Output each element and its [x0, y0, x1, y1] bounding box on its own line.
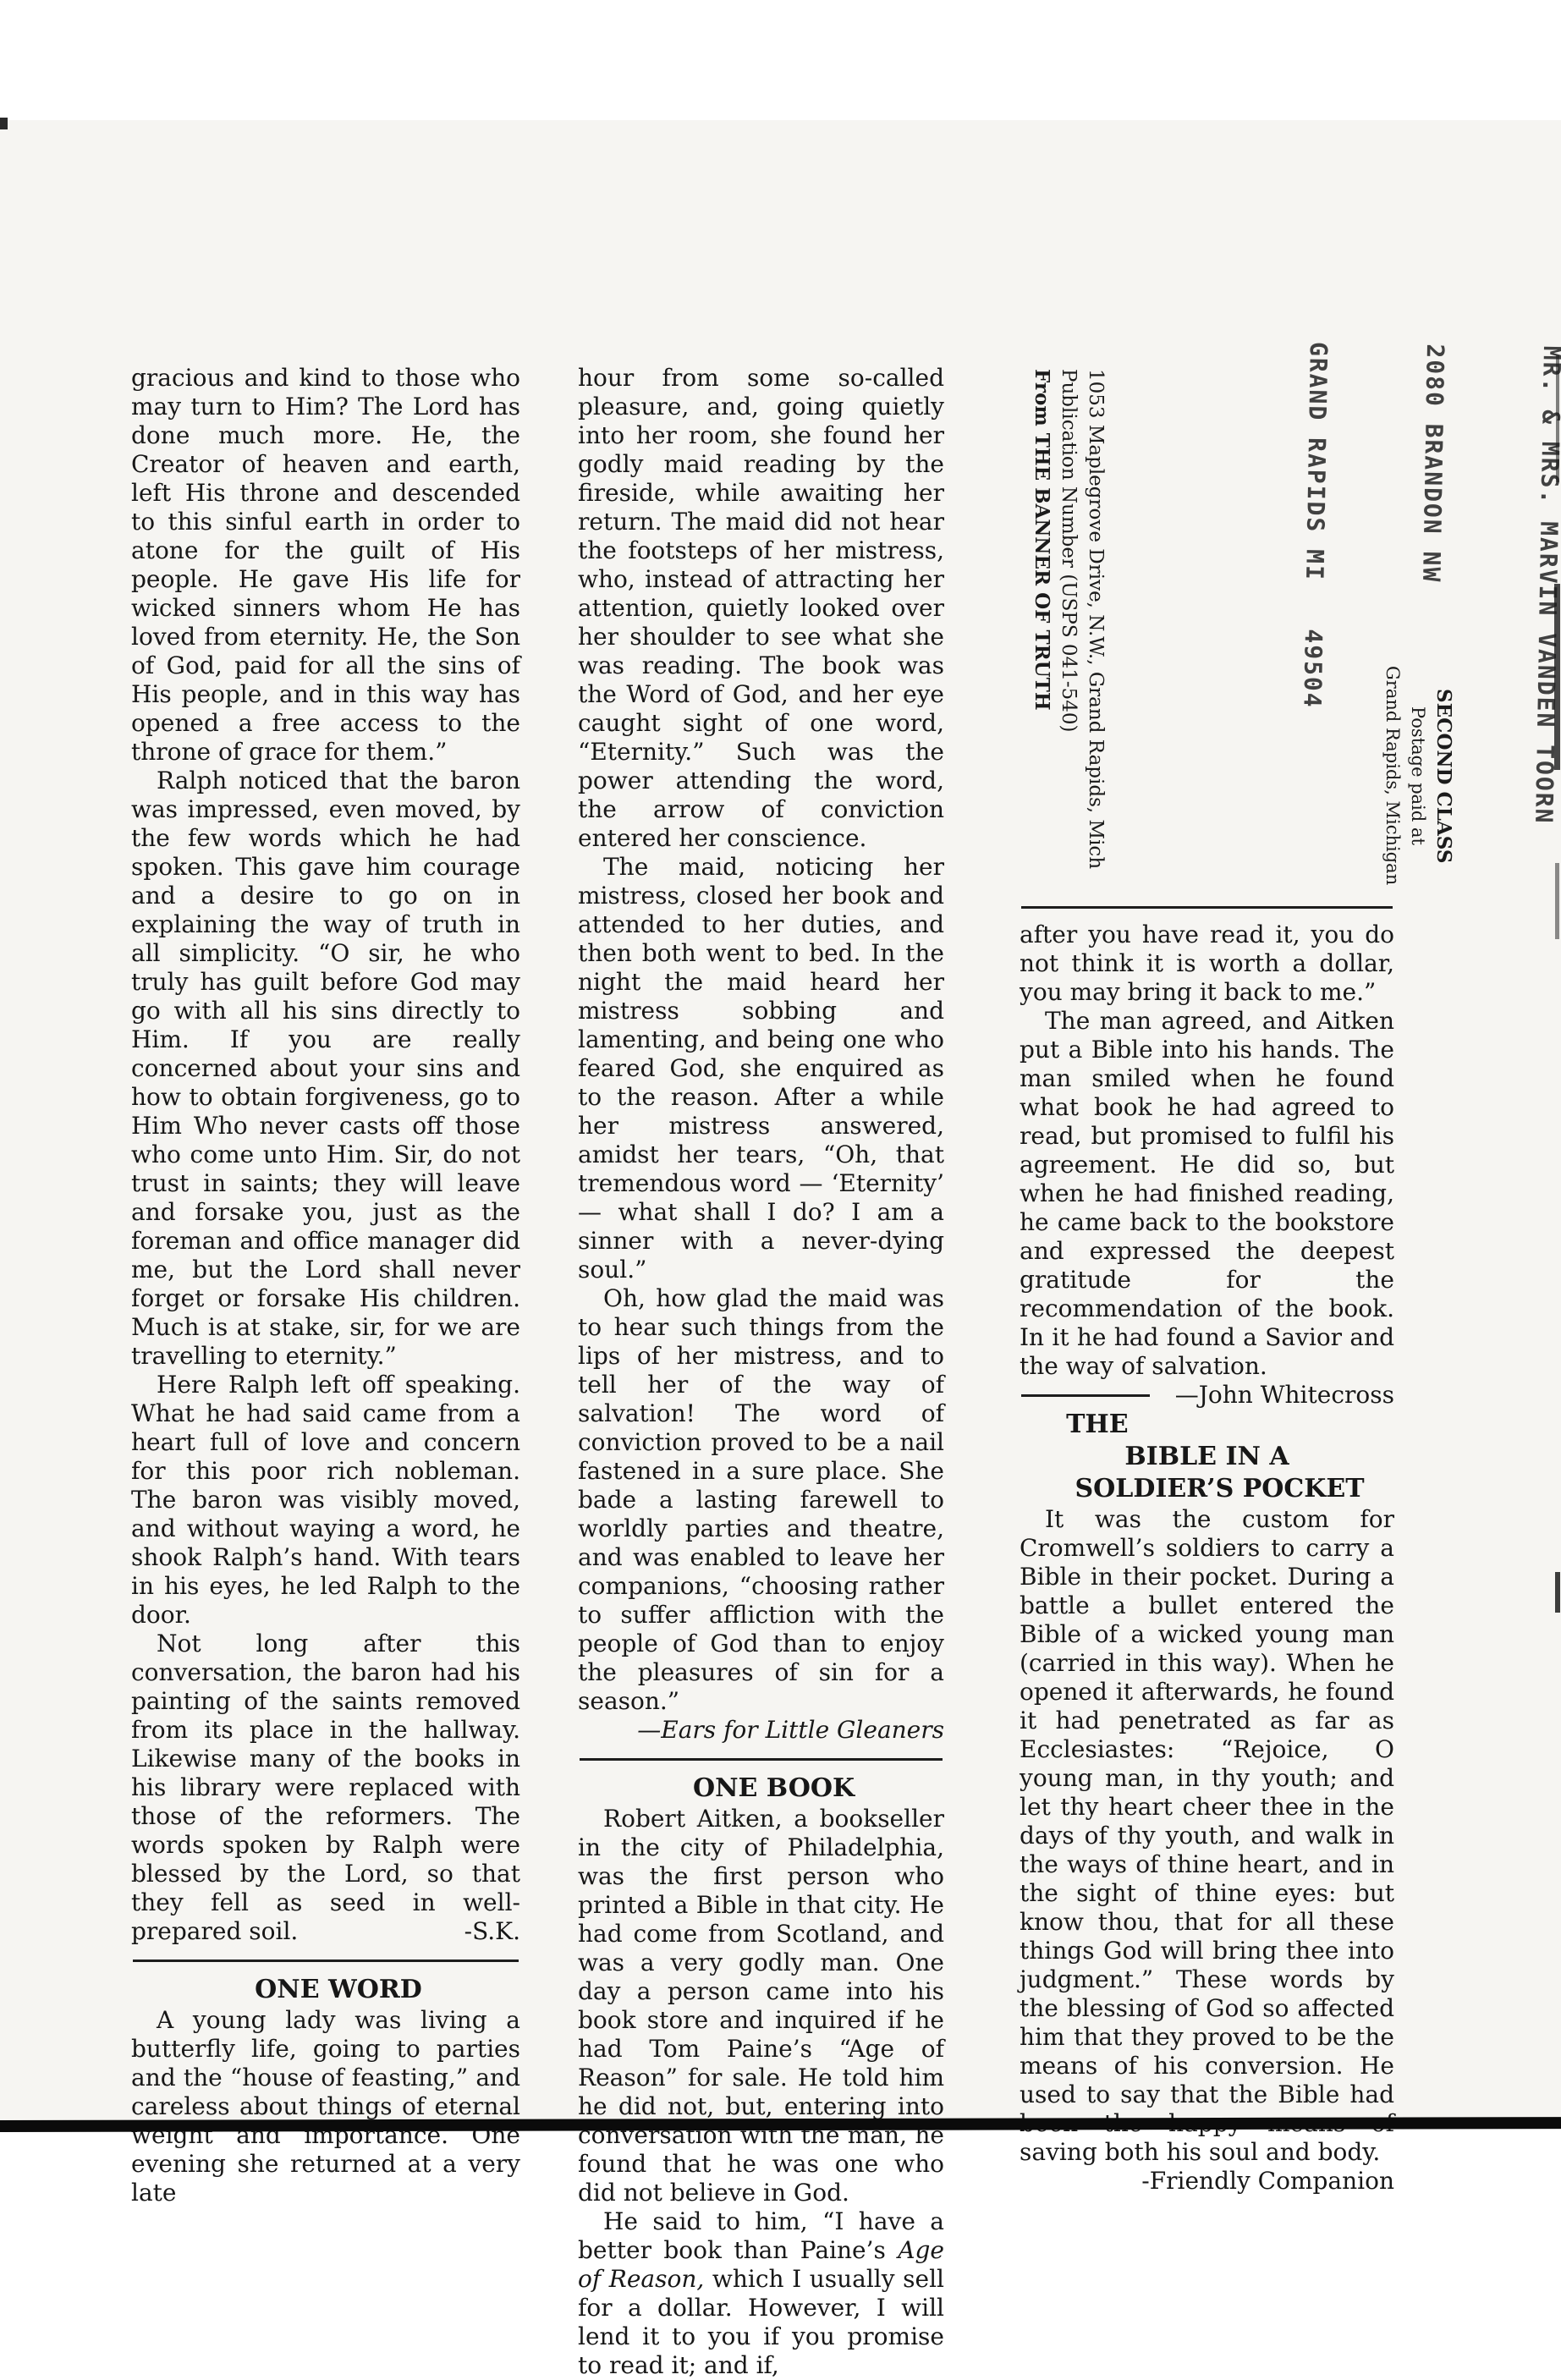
- right-edge-mark: [1555, 863, 1559, 939]
- attribution-john-whitecross: —John Whitecross: [1150, 1381, 1394, 1410]
- paragraph: Not long after this conversation, the ba…: [131, 1630, 520, 1946]
- right-edge-mark: [1556, 355, 1559, 482]
- paragraph-text: Not long after this conversation, the ba…: [131, 1630, 520, 1945]
- attribution-friendly-companion: -Friendly Companion: [1020, 2167, 1394, 2196]
- publisher-name: From THE BANNER OF TRUTH: [1028, 369, 1055, 978]
- scan-edge-tick: [0, 118, 8, 129]
- paragraph: It was the custom for Cromwell’s soldier…: [1020, 1505, 1394, 2167]
- right-edge-mark: [1554, 584, 1560, 770]
- postage-city: Grand Rapids, Michigan: [1382, 666, 1404, 885]
- attribution-sk: -S.K.: [439, 1917, 520, 1946]
- heading-one-word: ONE WORD: [131, 1974, 520, 2006]
- heading-line-1: THE BIBLE IN A: [1020, 1409, 1394, 1473]
- postage-stamp: Grand Rapids, Michigan Postage paid at S…: [1382, 636, 1454, 915]
- section-divider: [133, 1960, 519, 1962]
- heading-bible-in-soldiers-pocket: THE BIBLE IN A SOLDIER’S POCKET: [1020, 1409, 1394, 1505]
- paragraph-text: The man agreed, and Aitken put a Bible i…: [1020, 1007, 1394, 1380]
- recipient-city-zip: GRAND RAPIDS MI 49504: [1289, 342, 1338, 918]
- mailing-panel: From THE BANNER OF TRUTH Publication Num…: [1020, 364, 1394, 893]
- paragraph: A young lady was living a butterfly life…: [131, 2006, 520, 2207]
- heading-line-2: SOLDIER’S POCKET: [1020, 1473, 1394, 1505]
- text-column-2: hour from some so-called pleasure, and, …: [578, 364, 944, 2251]
- paragraph: hour from some so-called pleasure, and, …: [578, 364, 944, 853]
- paragraph: He said to him, “I have a better book th…: [578, 2207, 944, 2251]
- section-divider: [1021, 1394, 1150, 1397]
- text-column-1: gracious and kind to those who may turn …: [131, 364, 520, 2207]
- publication-number: Publication Number (USPS 041-540): [1055, 369, 1082, 978]
- heading-one-book: ONE BOOK: [578, 1773, 944, 1805]
- return-address-rotated: From THE BANNER OF TRUTH Publication Num…: [1028, 369, 1109, 978]
- paragraph: Ralph noticed that the baron was impress…: [131, 767, 520, 1371]
- text-column-3: From THE BANNER OF TRUTH Publication Num…: [1020, 364, 1394, 2196]
- paragraph: Robert Aitken, a bookseller in the city …: [578, 1805, 944, 2207]
- scanned-newsletter-page: gracious and kind to those who may turn …: [0, 120, 1561, 2122]
- paragraph: The maid, noticing her mistress, closed …: [578, 853, 944, 1284]
- paragraph: Oh, how glad the maid was to hear such t…: [578, 1284, 944, 1716]
- section-divider: [580, 1758, 943, 1761]
- postage-paid-at: Postage paid at: [1407, 706, 1429, 845]
- paragraph: gracious and kind to those who may turn …: [131, 364, 520, 767]
- publisher-address: 1053 Maplegrove Drive, N.W., Grand Rapid…: [1082, 369, 1109, 978]
- right-edge-mark: [1555, 1572, 1560, 1613]
- attribution-ears-for-little-gleaners: —Ears for Little Gleaners: [578, 1716, 944, 1745]
- paragraph: The man agreed, and Aitken put a Bible i…: [1020, 1007, 1394, 1381]
- postage-class: SECOND CLASS: [1432, 689, 1454, 864]
- paragraph: Here Ralph left off speaking. What he ha…: [131, 1371, 520, 1630]
